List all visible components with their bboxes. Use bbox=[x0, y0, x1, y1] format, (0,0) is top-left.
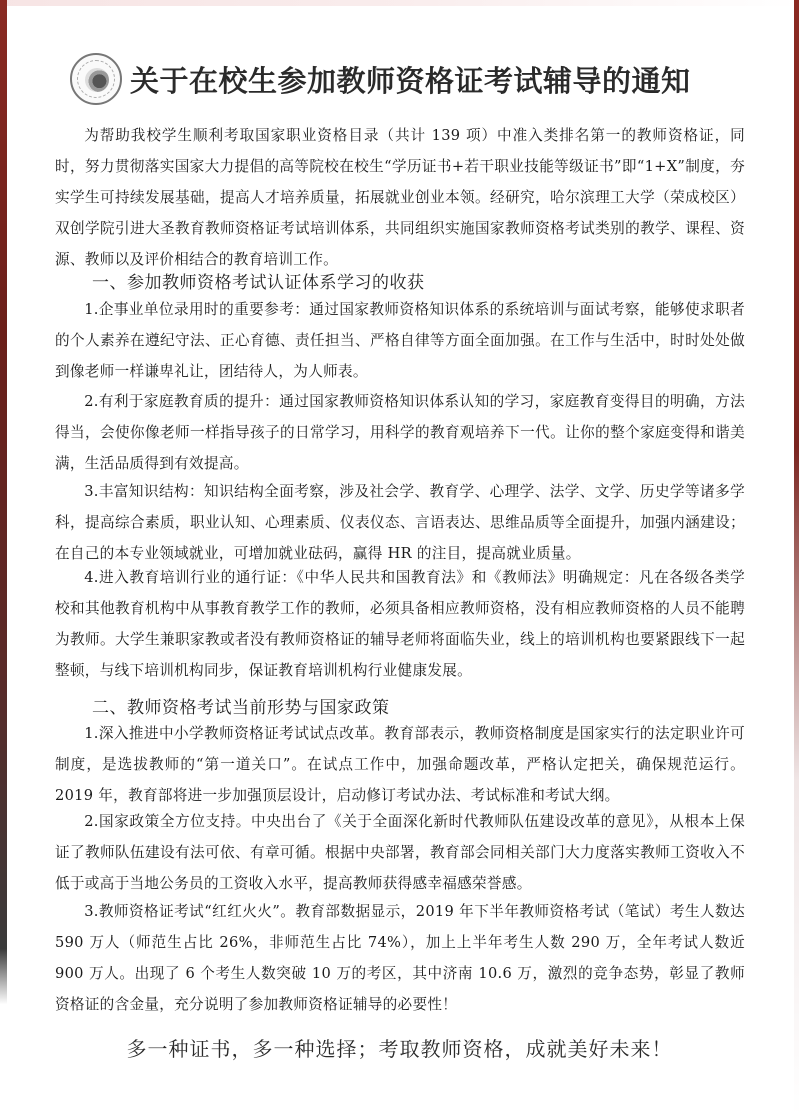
emblem-core bbox=[85, 68, 109, 92]
document-title: 关于在校生参加教师资格证考试辅导的通知 bbox=[130, 59, 691, 100]
section-1-item-2: 2.有利于家庭教育质的提升：通过国家教师资格知识体系认知的学习，家庭教育变得目的… bbox=[55, 386, 745, 479]
section-2-item-3: 3.教师资格证考试“红红火火”。教育部数据显示，2019 年下半年教师资格考试（… bbox=[55, 896, 745, 1020]
section-2-item-2: 2.国家政策全方位支持。中央出台了《关于全面深化新时代教师队伍建设改革的意见》，… bbox=[55, 806, 745, 899]
section-1-item-3: 3.丰富知识结构：知识结构全面考察，涉及社会学、教育学、心理学、法学、文学、历史… bbox=[55, 476, 745, 569]
school-emblem-icon bbox=[70, 53, 122, 105]
section-2-item-1: 1.深入推进中小学教师资格证考试试点改革。教育部表示，教师资格制度是国家实行的法… bbox=[55, 718, 745, 811]
section-1-item-1: 1.企事业单位录用时的重要参考：通过国家教师资格知识体系的系统培训与面试考察，能… bbox=[55, 294, 745, 387]
closing-slogan: 多一种证书，多一种选择；考取教师资格，成就美好未来！ bbox=[0, 1033, 799, 1062]
section-1-heading: 一、参加教师资格考试认证体系学习的收获 bbox=[92, 268, 425, 293]
intro-paragraph: 为帮助我校学生顺利考取国家职业资格目录（共计 139 项）中准入类排名第一的教师… bbox=[55, 120, 745, 275]
title-row: 关于在校生参加教师资格证考试辅导的通知 bbox=[70, 44, 770, 114]
section-2-heading: 二、教师资格考试当前形势与国家政策 bbox=[92, 693, 390, 718]
section-1-item-4: 4.进入教育培训行业的通行证：《中华人民共和国教育法》和《教师法》明确规定：凡在… bbox=[55, 562, 745, 686]
document-page: 关于在校生参加教师资格证考试辅导的通知 为帮助我校学生顺利考取国家职业资格目录（… bbox=[0, 0, 799, 1116]
